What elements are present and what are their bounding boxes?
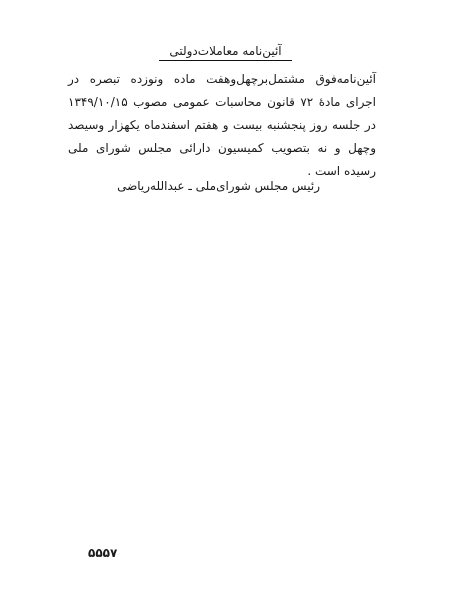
signature-line: رئیس مجلس شورای‌ملی ـ عبدالله‌ریاضی	[100, 179, 320, 193]
running-title: آئین‌نامه معاملات‌دولتی	[159, 44, 291, 61]
body-paragraph: آئین‌نامه‌فوق مشتمل‌برچهل‌وهفت ماده ونوز…	[68, 68, 376, 183]
page-number: ۵۵۵۷	[88, 546, 117, 560]
page-header: آئین‌نامه معاملات‌دولتی	[0, 40, 451, 61]
